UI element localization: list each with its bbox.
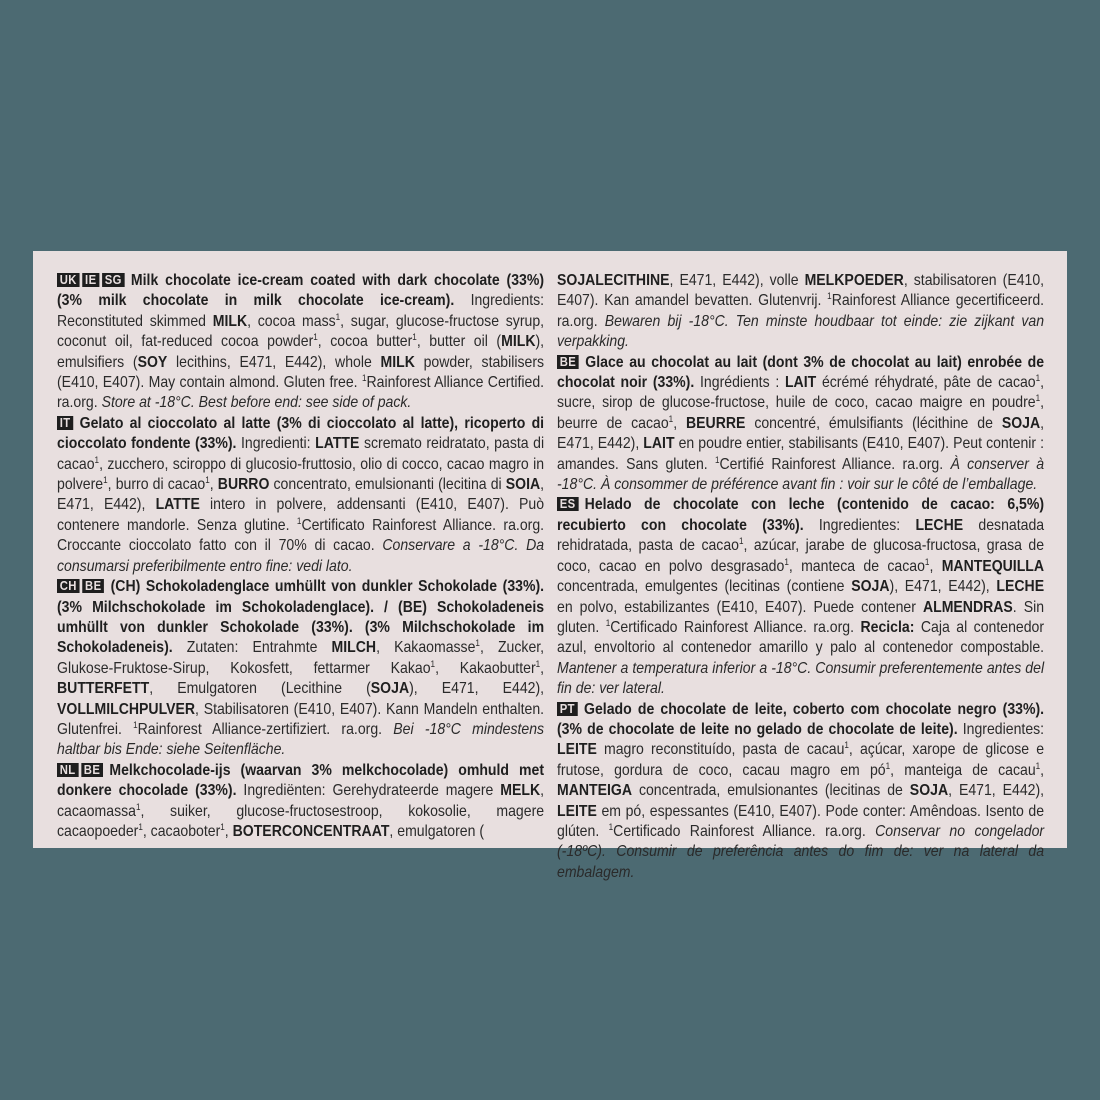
country-badges: IT bbox=[57, 415, 76, 432]
section-it: ITGelato al cioccolato al latte (3% di c… bbox=[57, 414, 544, 577]
ingredients-label-panel: UKIESGMilk chocolate ice-cream coated wi… bbox=[33, 251, 1067, 848]
section-be-fr: BEGlace au chocolat au lait (dont 3% de … bbox=[557, 353, 1044, 496]
text-run: Ingrediënten: Gerehydrateerde magere bbox=[237, 782, 501, 799]
italic-text: Bewaren bij -18°C. Ten minste houdbaar t… bbox=[557, 313, 1044, 350]
country-badge-nl: NL bbox=[57, 763, 78, 777]
bold-text: SOJA bbox=[371, 680, 409, 697]
country-badges: CHBE bbox=[57, 578, 107, 595]
bold-text: SOJA bbox=[910, 782, 948, 799]
bold-text: LECHE bbox=[996, 578, 1044, 595]
country-badges: PT bbox=[557, 701, 580, 718]
text-run: Zutaten: Entrahmte bbox=[173, 639, 332, 656]
bold-text: SOJALECITHINE bbox=[557, 272, 670, 289]
country-badge-ie: IE bbox=[82, 273, 99, 287]
bold-text: LEITE bbox=[557, 741, 597, 758]
bold-text: SOIA bbox=[506, 476, 540, 493]
text-run: ), E471, E442), bbox=[409, 680, 544, 697]
text-run: concentrato, emulsionanti (lecitina di bbox=[269, 476, 505, 493]
country-badge-be: BE bbox=[81, 763, 103, 777]
bold-text: BOTERCONCENTRAAT bbox=[233, 823, 390, 840]
section-pt: PTGelado de chocolate de leite, coberto … bbox=[557, 700, 1044, 884]
text-run: , Emulgatoren (Lecithine ( bbox=[149, 680, 371, 697]
bold-text: LATTE bbox=[156, 496, 200, 513]
text-run: ), E471, E442), bbox=[890, 578, 997, 595]
right-column: SOJALECITHINE, E471, E442), volle MELKPO… bbox=[557, 271, 1044, 883]
text-run: Ingrédients : bbox=[694, 374, 785, 391]
country-badge-uk: UK bbox=[57, 273, 80, 287]
bold-text: BURRO bbox=[218, 476, 270, 493]
text-run: lecithins, E471, E442), whole bbox=[167, 354, 380, 371]
bold-text: SOY bbox=[138, 354, 168, 371]
text-run: , emulgatoren ( bbox=[389, 823, 484, 840]
bold-text: BEURRE bbox=[686, 415, 745, 432]
country-badges: ES bbox=[557, 496, 581, 513]
text-run: concentrada, emulgentes (lecitinas (cont… bbox=[557, 578, 851, 595]
section-nl-be-continued: SOJALECITHINE, E471, E442), volle MELKPO… bbox=[557, 271, 1044, 353]
section-nl-be: NLBEMelkchocolade-ijs (waarvan 3% melkch… bbox=[57, 761, 544, 843]
bold-text: LATTE bbox=[315, 435, 359, 452]
bold-text: MILK bbox=[501, 333, 535, 350]
bold-text: VOLLMILCHPULVER bbox=[57, 701, 195, 718]
left-column: UKIESGMilk chocolate ice-cream coated wi… bbox=[57, 271, 544, 842]
bold-text: ALMENDRAS bbox=[923, 599, 1013, 616]
text-run: Ingredienti: bbox=[236, 435, 315, 452]
text-run: , E471, E442), volle bbox=[670, 272, 805, 289]
text-run: Ingredientes: bbox=[958, 721, 1044, 738]
bold-text: LAIT bbox=[785, 374, 816, 391]
country-badges: NLBE bbox=[57, 762, 106, 779]
bold-text: MILK bbox=[380, 354, 414, 371]
country-badge-pt: PT bbox=[557, 702, 578, 716]
bold-text: MANTEQUILLA bbox=[942, 558, 1044, 575]
bold-text: Recicla: bbox=[860, 619, 914, 636]
country-badge-ch: CH bbox=[57, 579, 80, 593]
italic-text: Store at -18°C. Best before end: see sid… bbox=[102, 394, 412, 411]
bold-text: SOJA bbox=[1002, 415, 1040, 432]
country-badges: BE bbox=[557, 354, 582, 371]
text-run: en polvo, estabilizantes (E410, E407). P… bbox=[557, 599, 923, 616]
section-ch-be: CHBE(CH) Schokoladenglace umhüllt von du… bbox=[57, 577, 544, 761]
section-es: ESHelado de chocolate con leche (conteni… bbox=[557, 495, 1044, 699]
bold-text: MANTEIGA bbox=[557, 782, 632, 799]
bold-text: LECHE bbox=[915, 517, 963, 534]
text-run: , E471, E442), bbox=[948, 782, 1044, 799]
country-badge-es: ES bbox=[557, 497, 578, 511]
bold-text: MELK bbox=[500, 782, 540, 799]
text-run: concentré, émulsifiants (lécithine de bbox=[745, 415, 1001, 432]
country-badges: UKIESG bbox=[57, 272, 127, 289]
country-badge-be: BE bbox=[82, 579, 104, 593]
country-badge-be: BE bbox=[557, 355, 579, 369]
bold-text: BUTTERFETT bbox=[57, 680, 149, 697]
bold-text: MILCH bbox=[332, 639, 377, 656]
section-uk: UKIESGMilk chocolate ice-cream coated wi… bbox=[57, 271, 544, 414]
bold-text: LEITE bbox=[557, 803, 597, 820]
text-run: magro reconstituído, pasta de cacau1, aç… bbox=[557, 741, 1044, 778]
italic-text: Mantener a temperatura inferior a -18°C.… bbox=[557, 660, 1044, 697]
bold-text: LAIT bbox=[643, 435, 674, 452]
bold-text: MELKPOEDER bbox=[805, 272, 904, 289]
text-run: Ingredientes: bbox=[804, 517, 916, 534]
bold-text: MILK bbox=[213, 313, 247, 330]
country-badge-it: IT bbox=[57, 416, 73, 430]
country-badge-sg: SG bbox=[102, 273, 125, 287]
text-run: concentrada, emulsionantes (lecitinas de bbox=[632, 782, 910, 799]
bold-text: SOJA bbox=[851, 578, 889, 595]
